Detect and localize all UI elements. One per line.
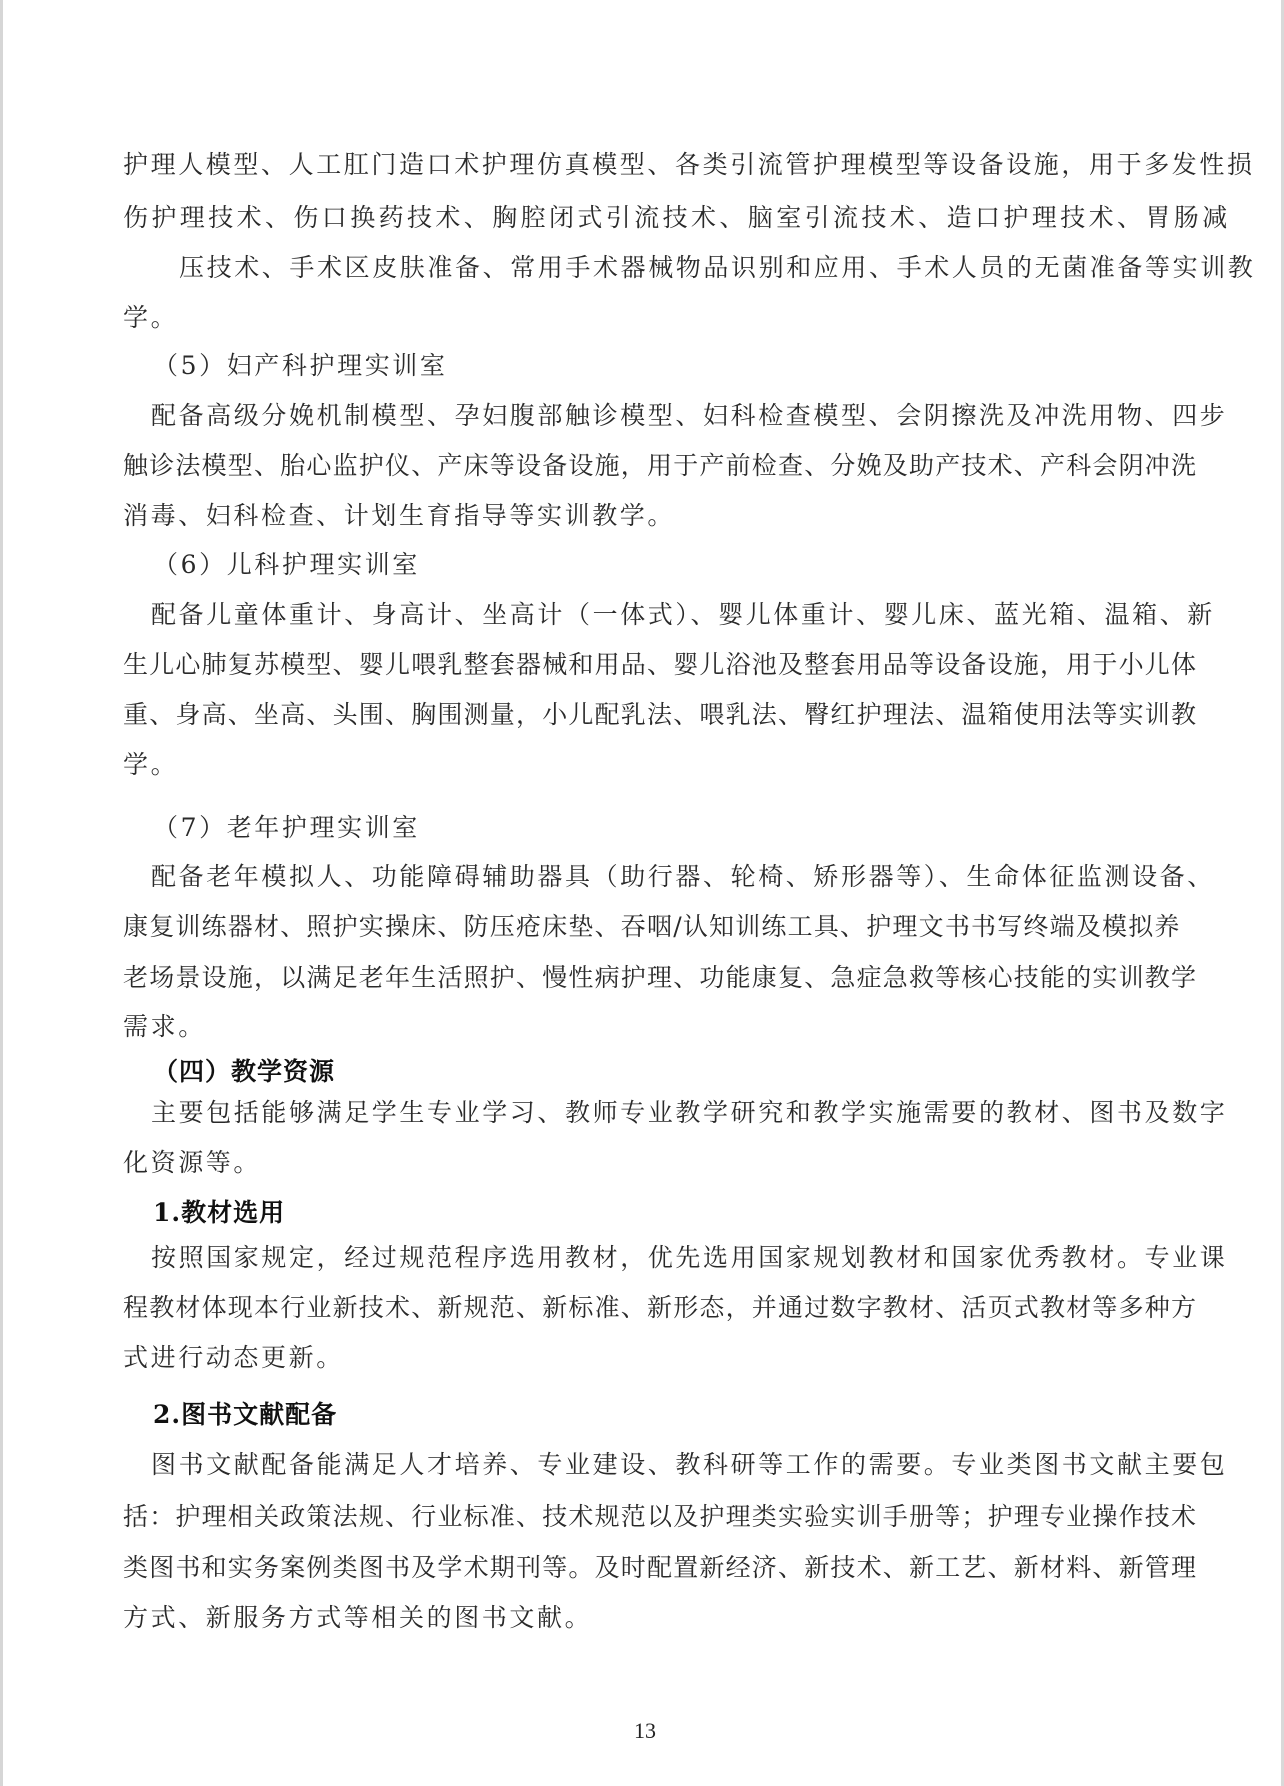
paragraph-line: 学。 <box>123 298 1175 338</box>
paragraph-line: 方式、新服务方式等相关的图书文献。 <box>123 1598 1175 1638</box>
paragraph-line: 伤护理技术、伤口换药技术、胸腔闭式引流技术、脑室引流技术、造口护理技术、胃肠减 <box>123 198 1175 238</box>
paragraph-line: 式进行动态更新。 <box>123 1338 1175 1378</box>
paragraph-line: 生儿心肺复苏模型、婴儿喂乳整套器械和用品、婴儿浴池及整套用品等设备设施，用于小儿… <box>123 645 1175 685</box>
paragraph-line: 消毒、妇科检查、计划生育指导等实训教学。 <box>123 496 1175 536</box>
paragraph-line: 护理人模型、人工肛门造口术护理仿真模型、各类引流管护理模型等设备设施，用于多发性… <box>123 145 1175 185</box>
document-page: 护理人模型、人工肛门造口术护理仿真模型、各类引流管护理模型等设备设施，用于多发性… <box>0 0 1284 1786</box>
paragraph-line: 重、身高、坐高、头围、胸围测量，小儿配乳法、喂乳法、臀红护理法、温箱使用法等实训… <box>123 695 1175 735</box>
heading-textbook-selection: 1.教材选用 <box>153 1193 1175 1233</box>
page-number: 13 <box>3 1718 1284 1744</box>
paragraph-line: 主要包括能够满足学生专业学习、教师专业教学研究和教学实施需要的教材、图书及数字 <box>151 1093 1175 1133</box>
subheading-pediatrics-lab: （6）儿科护理实训室 <box>153 545 1175 585</box>
paragraph-line: 括：护理相关政策法规、行业标准、技术规范以及护理类实验实训手册等；护理专业操作技… <box>123 1497 1175 1537</box>
paragraph-line: 配备高级分娩机制模型、孕妇腹部触诊模型、妇科检查模型、会阴擦洗及冲洗用物、四步 <box>151 396 1175 436</box>
paragraph-line: 图书文献配备能满足人才培养、专业建设、教科研等工作的需要。专业类图书文献主要包 <box>151 1445 1175 1485</box>
paragraph-line: 配备儿童体重计、身高计、坐高计（一体式）、婴儿体重计、婴儿床、蓝光箱、温箱、新 <box>151 595 1175 635</box>
subheading-obstetrics-lab: （5）妇产科护理实训室 <box>153 346 1175 386</box>
paragraph-line: 康复训练器材、照护实操床、防压疮床垫、吞咽/认知训练工具、护理文书书写终端及模拟… <box>123 907 1175 947</box>
paragraph-line: 需求。 <box>123 1007 1175 1047</box>
subheading-geriatrics-lab: （7）老年护理实训室 <box>153 808 1175 848</box>
paragraph-line: 化资源等。 <box>123 1143 1175 1183</box>
paragraph-line: 程教材体现本行业新技术、新规范、新标准、新形态，并通过数字教材、活页式教材等多种… <box>123 1288 1175 1328</box>
paragraph-line: 按照国家规定，经过规范程序选用教材，优先选用国家规划教材和国家优秀教材。专业课 <box>151 1238 1175 1278</box>
paragraph-line: 老场景设施，以满足老年生活照护、慢性病护理、功能康复、急症急救等核心技能的实训教… <box>123 958 1175 998</box>
section-heading-teaching-resources: （四）教学资源 <box>153 1052 1175 1092</box>
paragraph-line: 类图书和实务案例类图书及学术期刊等。及时配置新经济、新技术、新工艺、新材料、新管… <box>123 1548 1175 1588</box>
paragraph-line: 配备老年模拟人、功能障碍辅助器具（助行器、轮椅、矫形器等）、生命体征监测设备、 <box>151 857 1175 897</box>
heading-library-resources: 2.图书文献配备 <box>153 1395 1175 1435</box>
paragraph-line: 压技术、手术区皮肤准备、常用手术器械物品识别和应用、手术人员的无菌准备等实训教 <box>179 248 1175 288</box>
paragraph-line: 学。 <box>123 745 1175 785</box>
paragraph-line: 触诊法模型、胎心监护仪、产床等设备设施，用于产前检查、分娩及助产技术、产科会阴冲… <box>123 446 1175 486</box>
